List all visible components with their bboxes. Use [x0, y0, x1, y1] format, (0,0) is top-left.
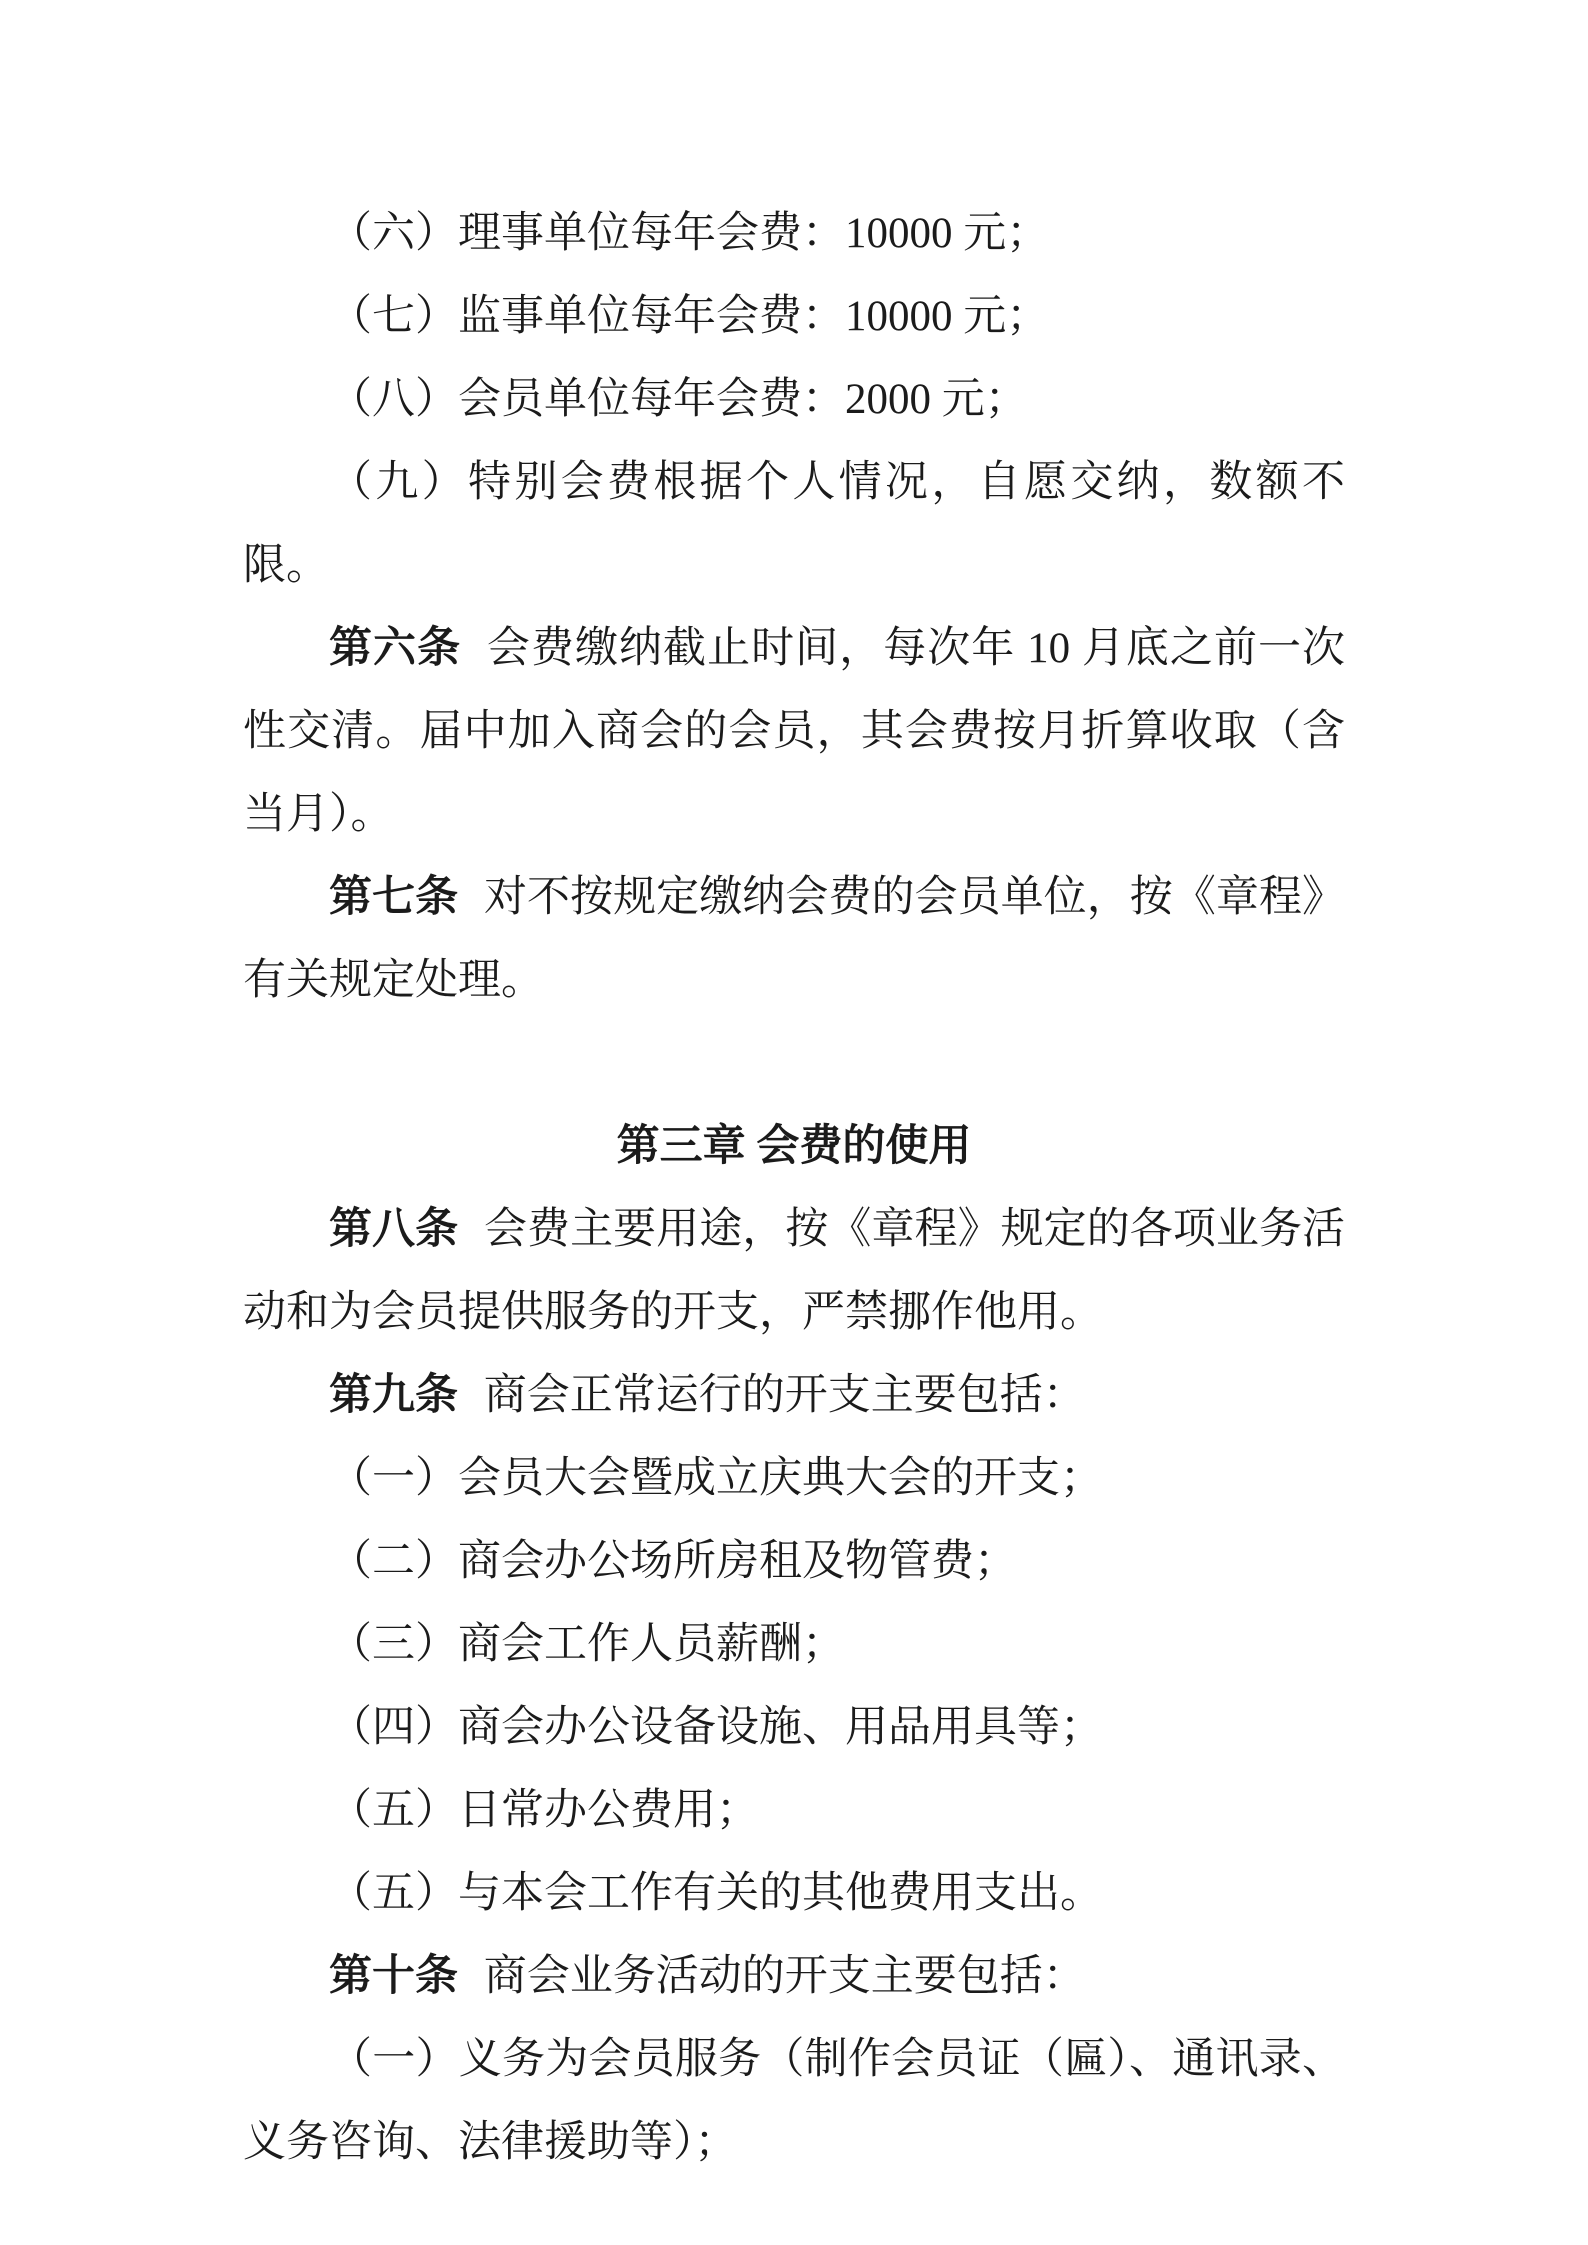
fee-item-7: （七）监事单位每年会费：10000 元；: [243, 275, 1345, 358]
paragraph-text: （一）会员大会暨成立庆典大会的开支；: [329, 1455, 1103, 1502]
expense-item-1: （一）会员大会暨成立庆典大会的开支；: [243, 1437, 1345, 1520]
expense-item-5: （五）日常办公费用；: [243, 1769, 1345, 1852]
paragraph-text: （五）与本会工作有关的其他费用支出。: [329, 1870, 1103, 1917]
paragraph-text: 商会正常运行的开支主要包括：: [484, 1372, 1086, 1419]
chapter-3-heading: 第三章 会费的使用: [243, 1105, 1345, 1188]
article-10: 第十条商会业务活动的开支主要包括：: [243, 1935, 1345, 2018]
paragraph-text: （一）义务为会员服务（制作会员证（匾）、通讯录、义务咨询、法律援助等）；: [243, 2036, 1345, 2166]
expense-item-2: （二）商会办公场所房租及物管费；: [243, 1520, 1345, 1603]
paragraph-text: 商会业务活动的开支主要包括：: [484, 1953, 1086, 2000]
paragraph-text: （八）会员单位每年会费：2000 元；: [329, 376, 1028, 423]
expense-item-4: （四）商会办公设备设施、用品用具等；: [243, 1686, 1345, 1769]
article-number-label: 第九条: [329, 1372, 458, 1419]
paragraph-text: （二）商会办公场所房租及物管费；: [329, 1538, 1017, 1585]
activity-item-1: （一）义务为会员服务（制作会员证（匾）、通讯录、义务咨询、法律援助等）；: [243, 2018, 1345, 2184]
expense-item-5b: （五）与本会工作有关的其他费用支出。: [243, 1852, 1345, 1935]
paragraph-text: （五）日常办公费用；: [329, 1787, 759, 1834]
fee-item-6: （六）理事单位每年会费：10000 元；: [243, 192, 1345, 275]
paragraph-text: （三）商会工作人员薪酬；: [329, 1621, 845, 1668]
article-6: 第六条会费缴纳截止时间，每次年 10 月底之前一次性交清。届中加入商会的会员，其…: [243, 607, 1345, 856]
paragraph-text: （九）特别会费根据个人情况，自愿交纳，数额不限。: [243, 459, 1345, 589]
fee-item-8: （八）会员单位每年会费：2000 元；: [243, 358, 1345, 441]
article-9: 第九条商会正常运行的开支主要包括：: [243, 1354, 1345, 1437]
article-8: 第八条会费主要用途，按《章程》规定的各项业务活动和为会员提供服务的开支，严禁挪作…: [243, 1188, 1345, 1354]
chapter-heading-text: 第三章 会费的使用: [617, 1123, 972, 1170]
paragraph-text: （七）监事单位每年会费：10000 元；: [329, 293, 1049, 340]
paragraph-text: （四）商会办公设备设施、用品用具等；: [329, 1704, 1103, 1751]
document-body: （六）理事单位每年会费：10000 元；（七）监事单位每年会费：10000 元；…: [243, 192, 1345, 2184]
paragraph-text: （六）理事单位每年会费：10000 元；: [329, 210, 1049, 257]
article-number-label: 第七条: [329, 874, 458, 921]
fee-item-9: （九）特别会费根据个人情况，自愿交纳，数额不限。: [243, 441, 1345, 607]
expense-item-3: （三）商会工作人员薪酬；: [243, 1603, 1345, 1686]
article-7: 第七条对不按规定缴纳会费的会员单位，按《章程》有关规定处理。: [243, 856, 1345, 1022]
article-number-label: 第八条: [329, 1206, 458, 1253]
document-page: （六）理事单位每年会费：10000 元；（七）监事单位每年会费：10000 元；…: [0, 0, 1588, 2245]
article-number-label: 第六条: [329, 625, 461, 672]
article-number-label: 第十条: [329, 1953, 458, 2000]
